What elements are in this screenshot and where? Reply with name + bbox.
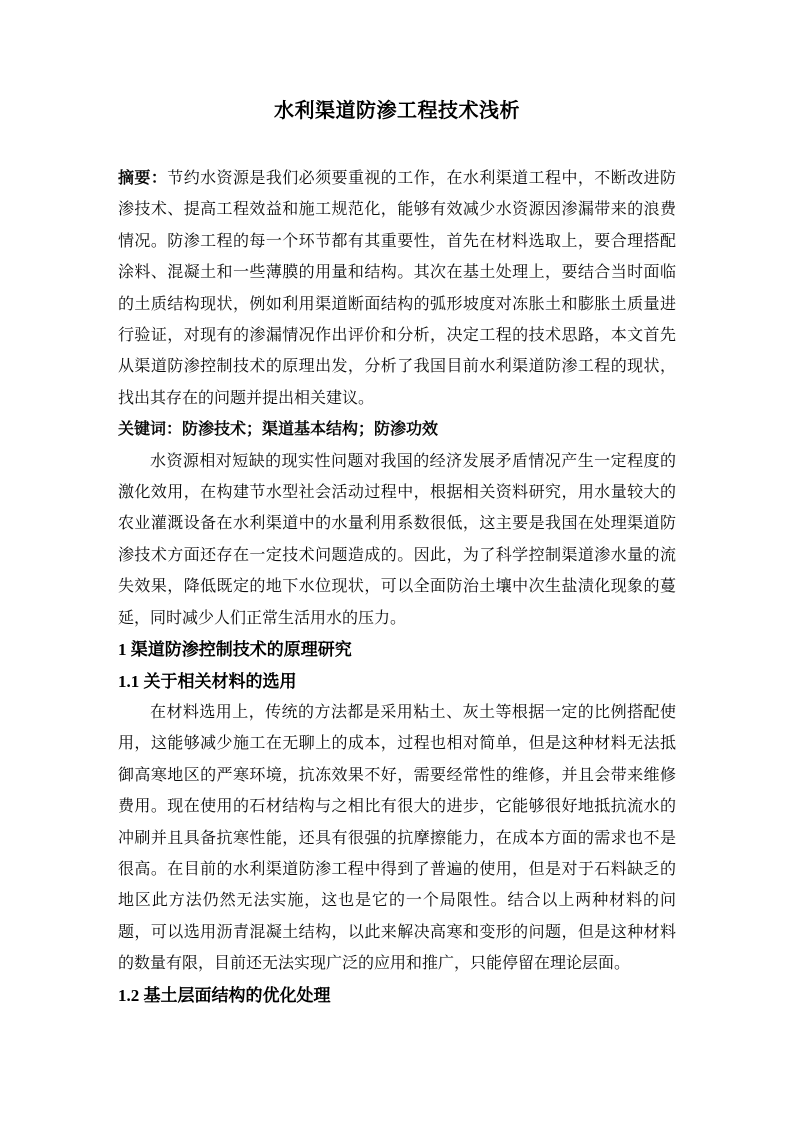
- section-1-1-paragraph: 在材料选用上，传统的方法都是采用粘土、灰土等根据一定的比例搭配使用，这能够减少施…: [118, 697, 676, 980]
- keywords-line: 关键词：防渗技术；渠道基本结构；防渗功效: [118, 414, 676, 445]
- abstract-label: 摘要：: [118, 170, 167, 187]
- section-1-2-heading: 1.2 基土层面结构的优化处理: [118, 980, 676, 1011]
- section-1-heading: 1 渠道防渗控制技术的原理研究: [118, 634, 676, 665]
- abstract-text: 节约水资源是我们必须要重视的工作，在水利渠道工程中，不断改进防渗技术、提高工程效…: [118, 170, 676, 407]
- abstract-paragraph: 摘要：节约水资源是我们必须要重视的工作，在水利渠道工程中，不断改进防渗技术、提高…: [118, 163, 676, 414]
- document-page: 水利渠道防渗工程技术浅析 摘要：节约水资源是我们必须要重视的工作，在水利渠道工程…: [0, 0, 793, 1122]
- keywords-label: 关键词：: [118, 421, 182, 438]
- document-body: 摘要：节约水资源是我们必须要重视的工作，在水利渠道工程中，不断改进防渗技术、提高…: [118, 163, 676, 1011]
- section-1-1-heading: 1.1 关于相关材料的选用: [118, 666, 676, 697]
- document-title: 水利渠道防渗工程技术浅析: [118, 95, 676, 127]
- intro-paragraph: 水资源相对短缺的现实性问题对我国的经济发展矛盾情况产生一定程度的激化效用，在构建…: [118, 446, 676, 634]
- keywords-text: 防渗技术；渠道基本结构；防渗功效: [182, 421, 438, 438]
